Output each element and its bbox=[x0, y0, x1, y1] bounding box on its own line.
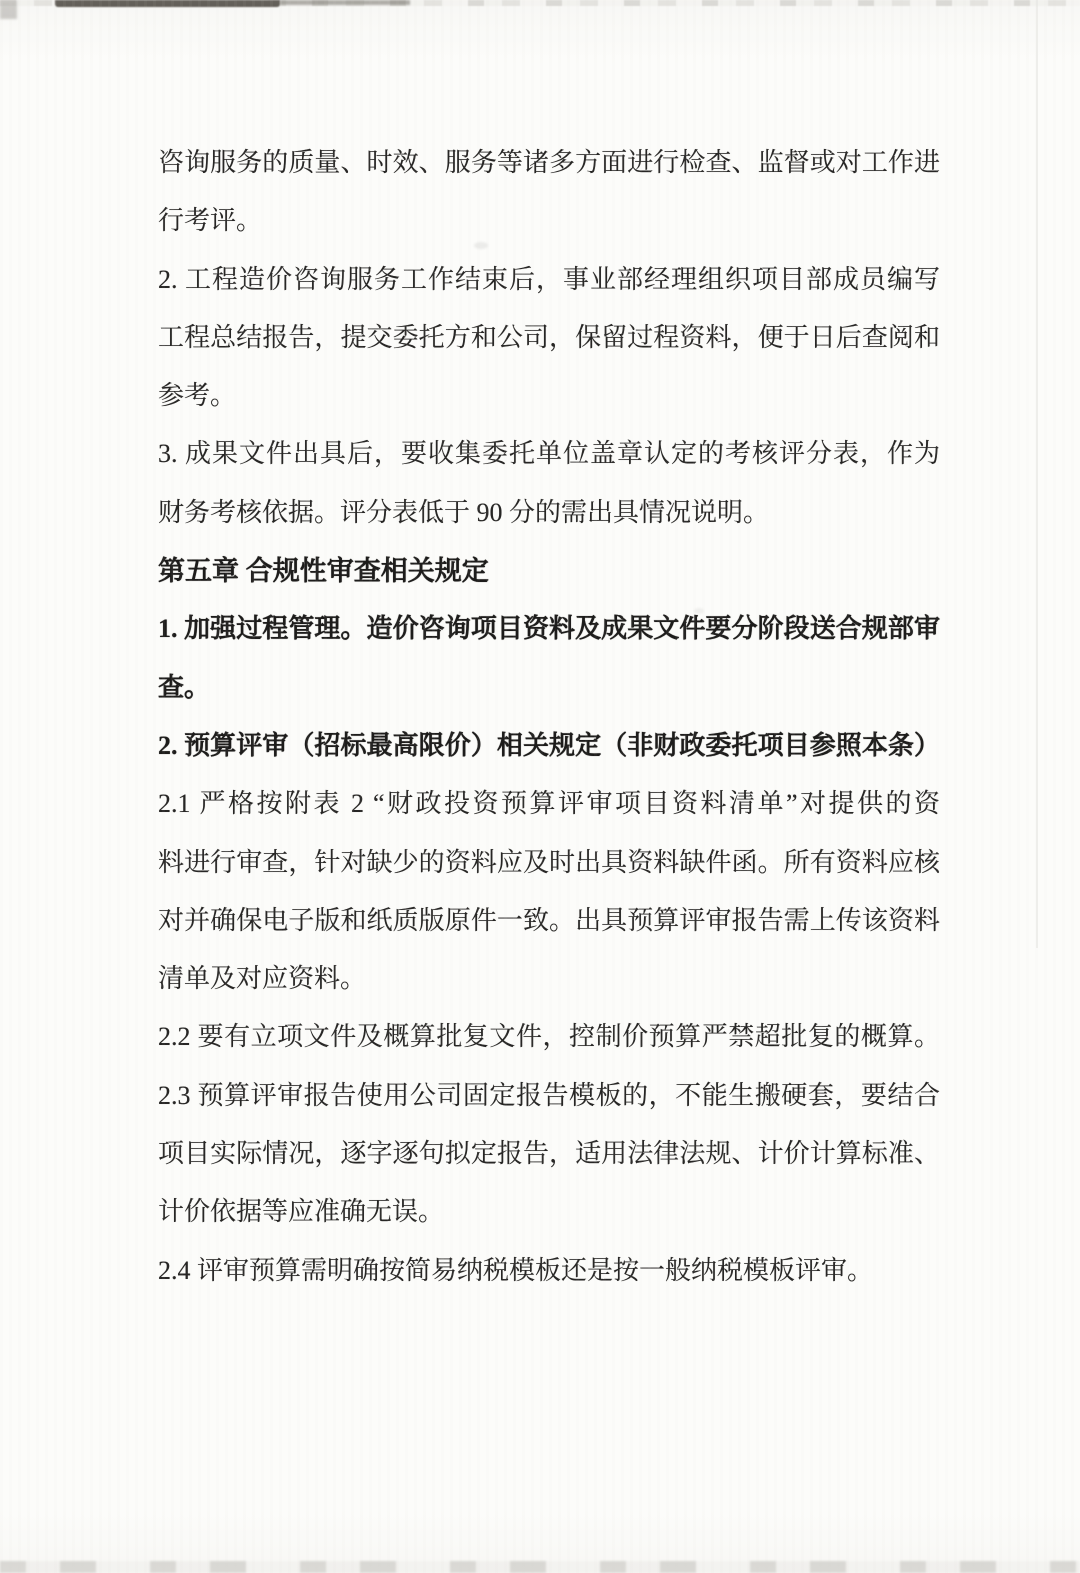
document-line: 查。 bbox=[158, 659, 940, 717]
document-line: 对并确保电子版和纸质版原件一致。出具预算评审报告需上传该资料 bbox=[158, 892, 940, 950]
scan-bottom-edge-artifact bbox=[0, 1561, 1080, 1573]
scan-crease-line bbox=[1036, 0, 1038, 948]
scan-top-dark-streak bbox=[55, 0, 280, 7]
document-line: 咨询服务的质量、时效、服务等诸多方面进行检查、监督或对工作进 bbox=[158, 134, 940, 192]
document-line: 2.3 预算评审报告使用公司固定报告模板的，不能生搬硬套，要结合 bbox=[158, 1067, 940, 1125]
document-line: 参考。 bbox=[158, 367, 940, 425]
document-line: 清单及对应资料。 bbox=[158, 950, 940, 1008]
chapter-heading: 第五章 合规性审查相关规定 bbox=[158, 542, 940, 600]
document-line: 项目实际情况，逐字逐句拟定报告，适用法律法规、计价计算标准、 bbox=[158, 1125, 940, 1183]
document-line: 料进行审查，针对缺少的资料应及时出具资料缺件函。所有资料应核 bbox=[158, 834, 940, 892]
document-line: 1. 加强过程管理。造价咨询项目资料及成果文件要分阶段送合规部审 bbox=[158, 600, 940, 658]
document-line: 财务考核依据。评分表低于 90 分的需出具情况说明。 bbox=[158, 484, 940, 542]
document-line: 行考评。 bbox=[158, 192, 940, 250]
document-line: 2.4 评审预算需明确按简易纳税模板还是按一般纳税模板评审。 bbox=[158, 1242, 940, 1300]
document-line: 2. 工程造价咨询服务工作结束后，事业部经理组织项目部成员编写 bbox=[158, 251, 940, 309]
document-line: 2.2 要有立项文件及概算批复文件，控制价预算严禁超批复的概算。 bbox=[158, 1008, 940, 1066]
scanned-document-page: 咨询服务的质量、时效、服务等诸多方面进行检查、监督或对工作进 行考评。 2. 工… bbox=[0, 0, 1080, 1573]
document-line: 计价依据等应准确无误。 bbox=[158, 1183, 940, 1241]
document-text-block: 咨询服务的质量、时效、服务等诸多方面进行检查、监督或对工作进 行考评。 2. 工… bbox=[158, 134, 940, 1300]
document-line: 3. 成果文件出具后，要收集委托单位盖章认定的考核评分表，作为 bbox=[158, 425, 940, 483]
document-line: 2.1 严格按附表 2 “财政投资预算评审项目资料清单”对提供的资 bbox=[158, 775, 940, 833]
document-line: 工程总结报告，提交委托方和公司，保留过程资料，便于日后查阅和 bbox=[158, 309, 940, 367]
document-line: 2. 预算评审（招标最高限价）相关规定（非财政委托项目参照本条） bbox=[158, 717, 940, 775]
scan-top-dark-streak-secondary bbox=[280, 0, 410, 5]
scan-corner-smudge bbox=[0, 0, 17, 19]
